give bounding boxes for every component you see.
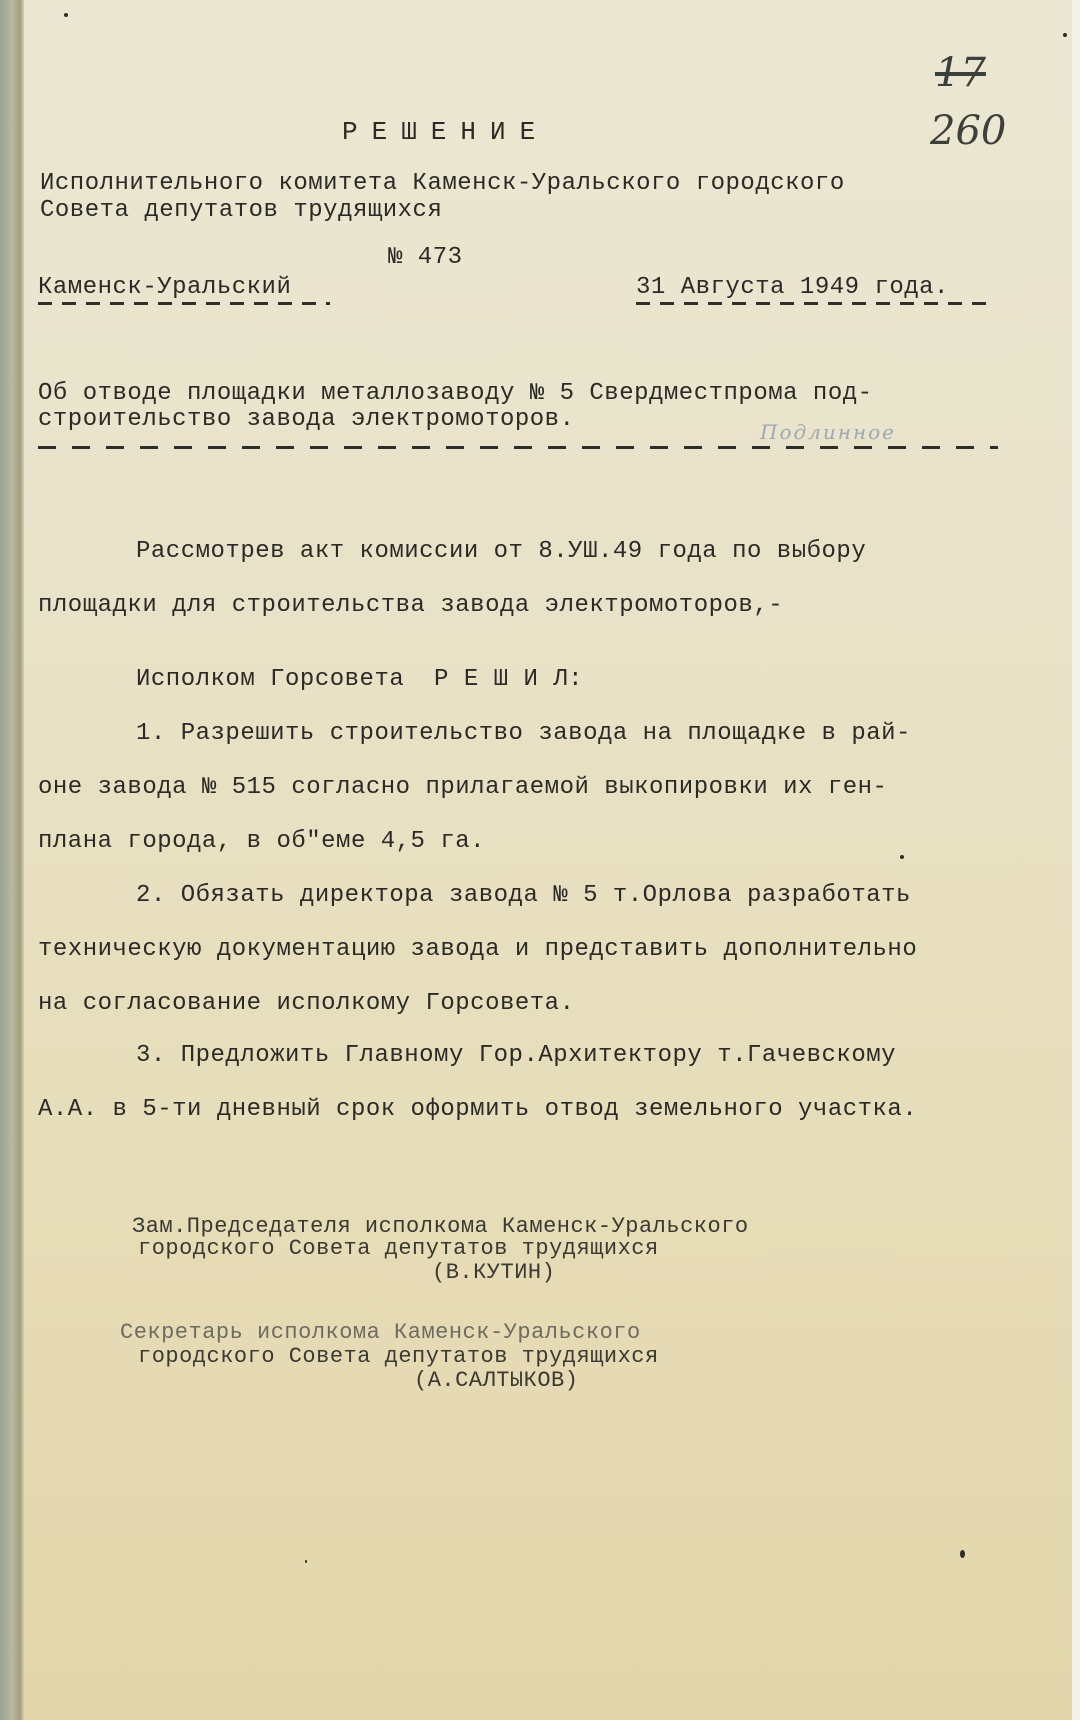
pencil-note: Подлинное	[760, 420, 896, 444]
issuer-line-2: Совета депутатов трудящихся	[40, 197, 442, 225]
document-page	[0, 0, 1080, 1720]
subject-line-1: Об отводе площадки металлозаводу № 5 Све…	[38, 380, 873, 408]
document-date: 31 Августа 1949 года.	[636, 274, 949, 302]
paper-speck	[1063, 33, 1067, 37]
item-1-line-3: плана города, в об"еме 4,5 га.	[38, 828, 485, 856]
item-1-line-2: оне завода № 515 согласно прилагаемой вы…	[38, 774, 887, 802]
page-margin-strip	[1072, 0, 1080, 1720]
signature-1-title: Зам.Председателя исполкома Каменск-Ураль…	[132, 1216, 749, 1238]
crossed-sheet-number: 17	[935, 50, 986, 96]
signature-2-title: Секретарь исполкома Каменск-Уральского	[120, 1322, 641, 1344]
item-3-line-2: А.А. в 5-ти дневный срок оформить отвод …	[38, 1096, 917, 1124]
paper-speck	[64, 13, 68, 17]
binding-edge	[0, 0, 24, 1720]
item-2-line-3: на согласование исполкому Горсовета.	[38, 990, 574, 1018]
document-title: РЕШЕНИЕ	[342, 118, 549, 146]
place: Каменск-Уральский	[38, 274, 291, 302]
subject-line-2: строительство завода электромоторов.	[38, 406, 574, 434]
paper-speck	[305, 1560, 307, 1563]
item-2-line-2: техническую документацию завода и предст…	[38, 936, 917, 964]
item-3-line-1: 3. Предложить Главному Гор.Архитектору т…	[136, 1042, 896, 1070]
subject-underline	[38, 446, 998, 449]
paper-speck	[900, 855, 904, 859]
resolved-heading: Исполком Горсовета Р Е Ш И Л:	[136, 666, 583, 694]
sheet-number: 260	[930, 108, 1006, 154]
signature-1-org: городского Совета депутатов трудящихся	[138, 1238, 659, 1260]
document-number: № 473	[388, 244, 463, 272]
signature-1-name: (В.КУТИН)	[432, 1262, 555, 1284]
issuer-line-1: Исполнительного комитета Каменск-Уральск…	[40, 170, 845, 198]
signature-2-org: городского Совета депутатов трудящихся	[138, 1346, 659, 1368]
item-1-line-1: 1. Разрешить строительство завода на пло…	[136, 720, 911, 748]
item-2-line-1: 2. Обязать директора завода № 5 т.Орлова…	[136, 882, 911, 910]
preamble-line-1: Рассмотрев акт комиссии от 8.УШ.49 года …	[136, 538, 866, 566]
paper-speck	[960, 1550, 965, 1558]
signature-2-name: (А.САЛТЫКОВ)	[414, 1370, 578, 1392]
date-underline	[636, 302, 994, 305]
place-underline	[38, 302, 330, 305]
preamble-line-2: площадки для строительства завода электр…	[38, 592, 783, 620]
